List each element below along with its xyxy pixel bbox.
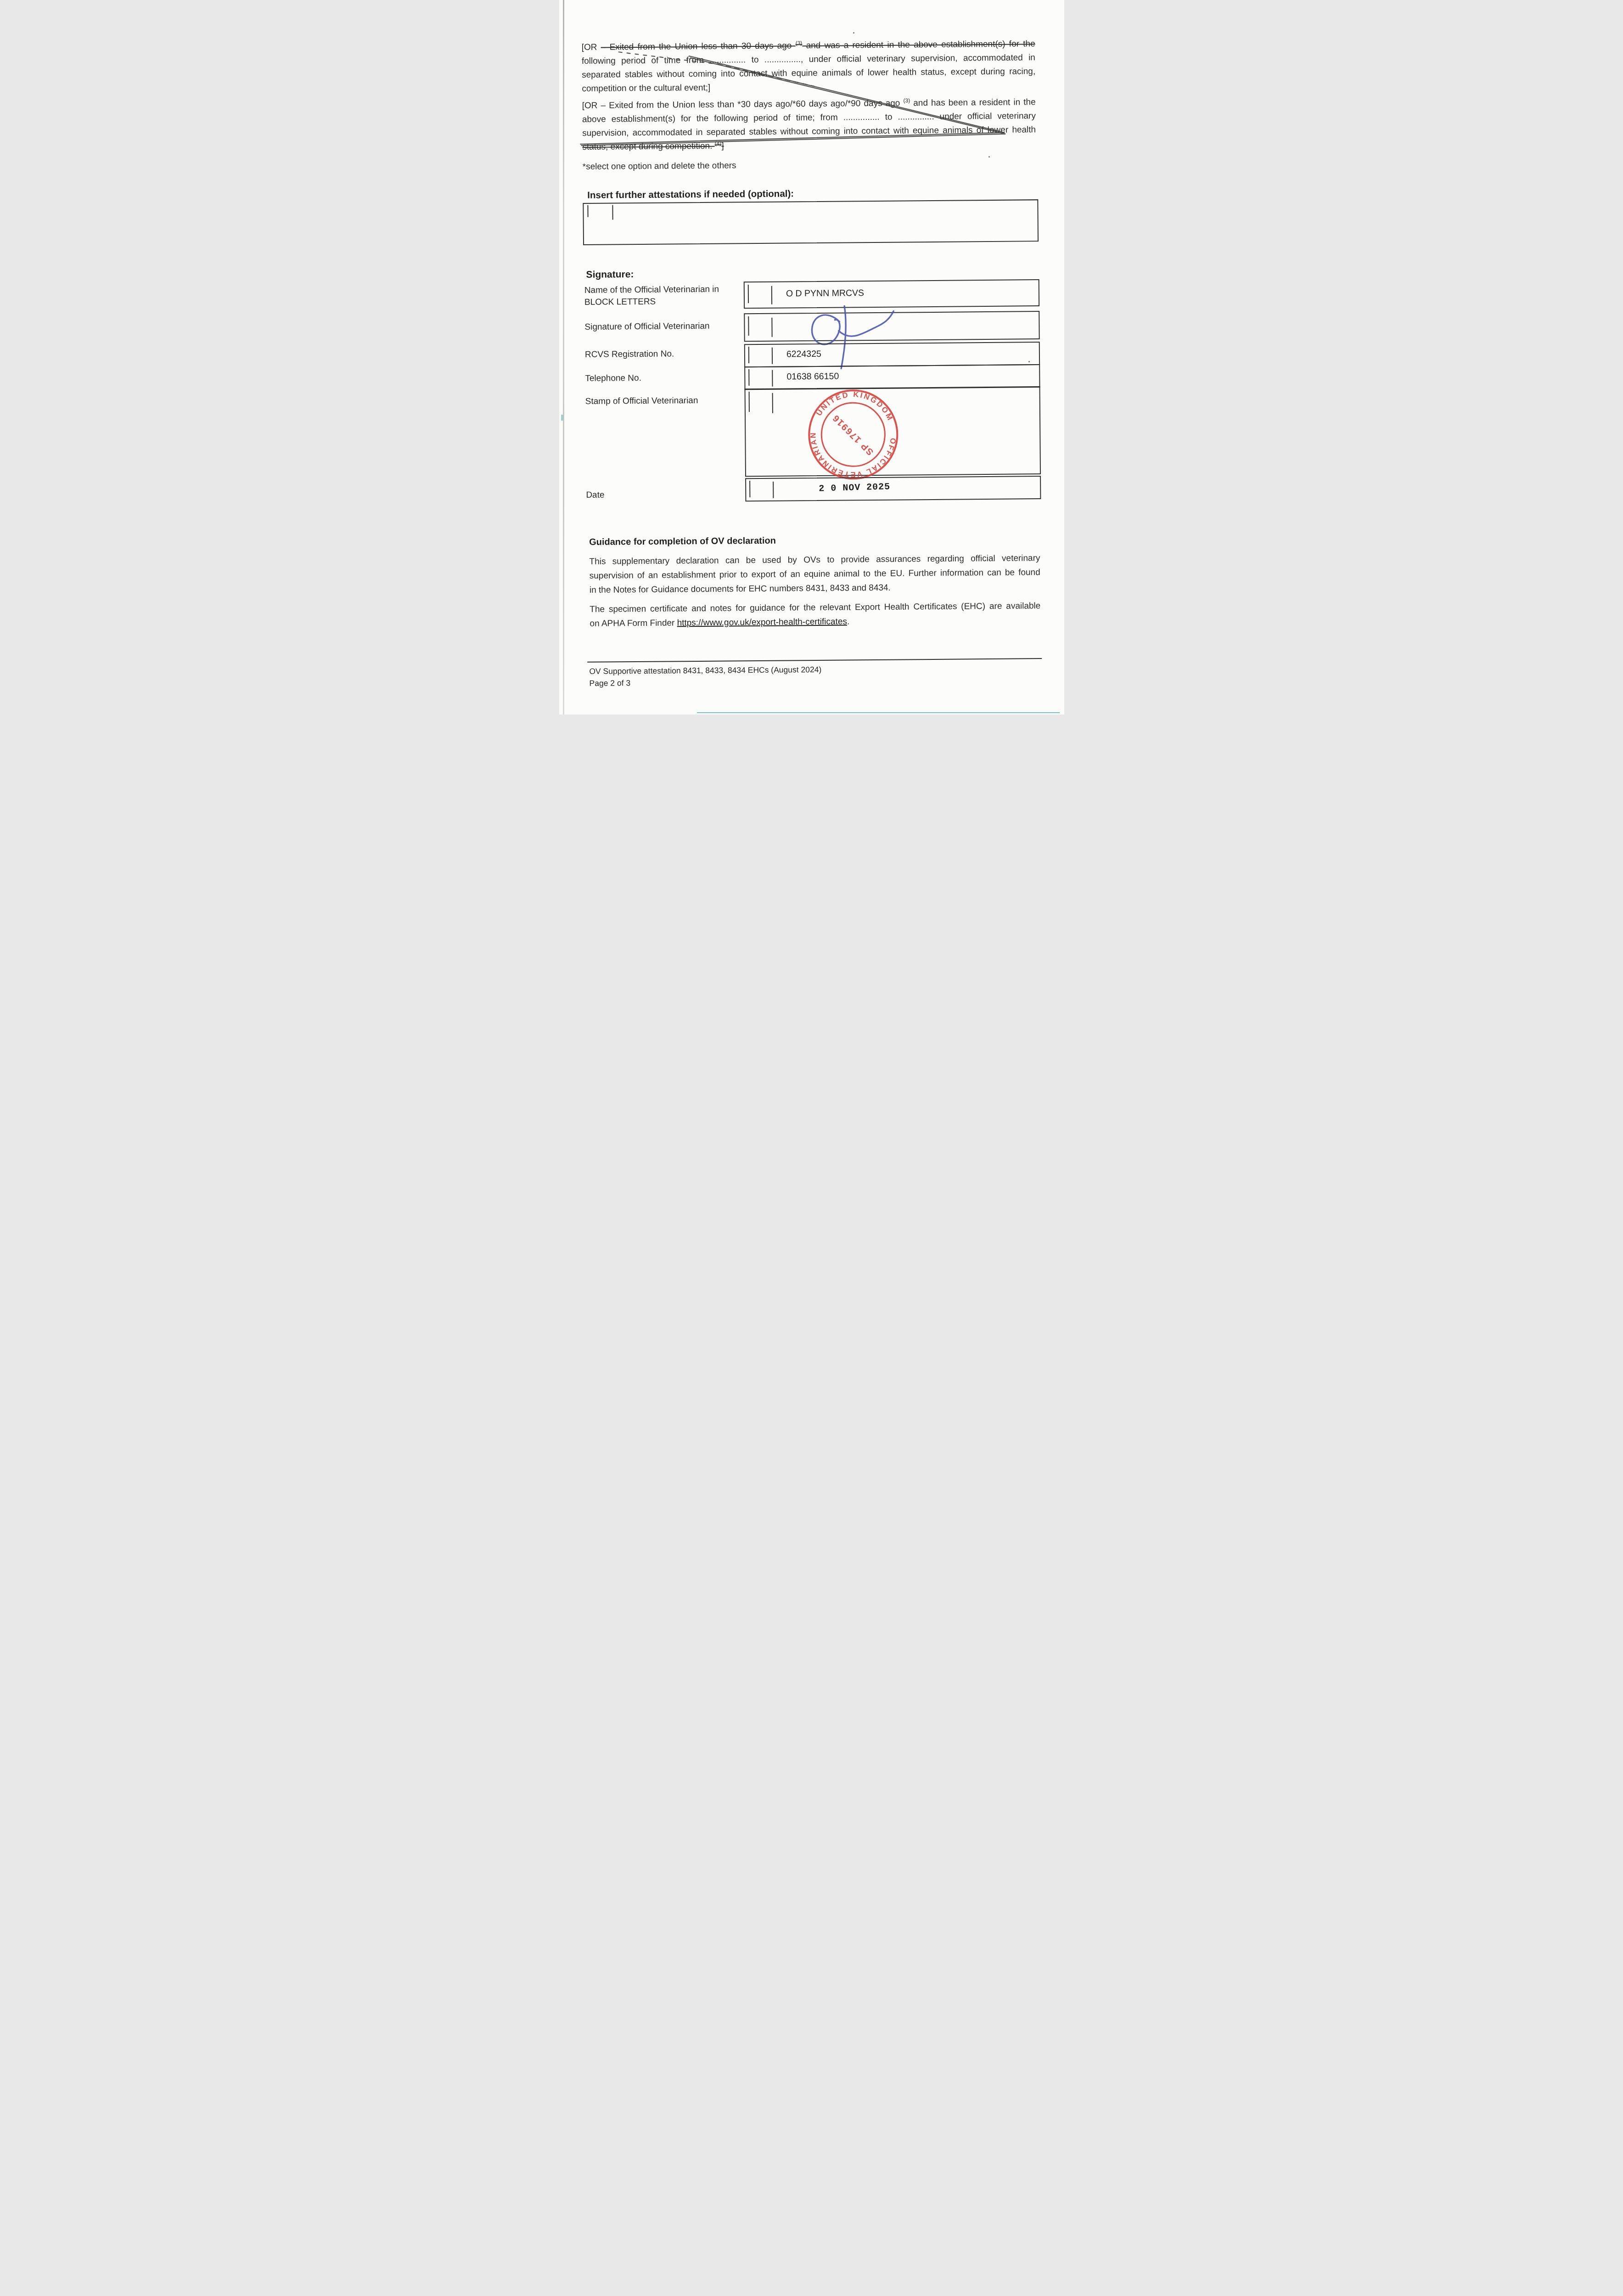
rcvs-value: 6224325 [786,349,821,360]
guidance-p2-line2: on APHA Form Finder https://www.gov.uk/e… [590,613,1040,631]
guidance-paragraph-1: This supplementary declaration can be us… [589,551,1040,597]
rcvs-field-box: 6224325 [744,342,1039,367]
footer-divider [587,658,1042,663]
box-tick-mark [748,347,749,363]
telephone-label: Telephone No. [585,371,741,385]
box-tick-mark [773,482,774,498]
rcvs-label: RCVS Registration No. [584,348,741,361]
guidance-heading: Guidance for completion of OV declaratio… [589,536,776,548]
box-tick-mark [749,481,750,497]
name-label: Name of the Official Veterinarian in BLO… [584,283,736,309]
official-veterinarian-stamp: OFFICIAL VETERINARIAN UNITED KINGDOM SP … [804,385,902,484]
box-tick-mark [771,348,772,364]
signature-field-box [744,311,1039,342]
box-tick-mark [771,318,772,337]
box-tick-mark [748,316,749,336]
box-tick-mark [772,393,773,413]
stamp-center-code: SP 176916 [830,412,876,457]
stamp-label: Stamp of Official Veterinarian [585,394,741,408]
signature-heading: Signature: [586,269,634,281]
box-tick-mark [612,205,613,219]
further-attestations-heading: Insert further attestations if needed (o… [587,188,794,201]
export-health-certificates-link[interactable]: https://www.gov.uk/export-health-certifi… [677,617,847,628]
telephone-value: 01638 66150 [786,371,839,383]
box-tick-mark [772,370,773,387]
name-value: O D PYNN MRCVS [786,288,864,299]
handwritten-crossout-strokes [559,35,1063,158]
guidance-paragraph-2: The specimen certificate and notes for g… [590,599,1040,631]
date-stamp-value: 2 0 NOV 2025 [818,482,890,494]
box-tick-mark [748,392,749,412]
date-field-box: 2 0 NOV 2025 [745,476,1041,501]
box-tick-mark [748,369,749,386]
signature-label: Signature of Official Veterinarian [584,320,741,333]
box-tick-mark [587,205,588,217]
footer-document-title: OV Supportive attestation 8431, 8433, 84… [589,664,821,677]
select-option-note: *select one option and delete the others [582,157,995,174]
box-tick-mark [771,286,772,304]
further-attestations-box [583,199,1039,245]
scanned-document-page: [OR – Exited from the Union less than 30… [559,0,1064,715]
footer-page-number: Page 2 of 3 [589,677,630,689]
stamp-field-box: OFFICIAL VETERINARIAN UNITED KINGDOM SP … [744,386,1040,477]
date-label: Date [586,490,604,501]
guidance-p1-line3: in the Notes for Guidance documents for … [589,580,1040,597]
box-tick-mark [747,285,748,303]
